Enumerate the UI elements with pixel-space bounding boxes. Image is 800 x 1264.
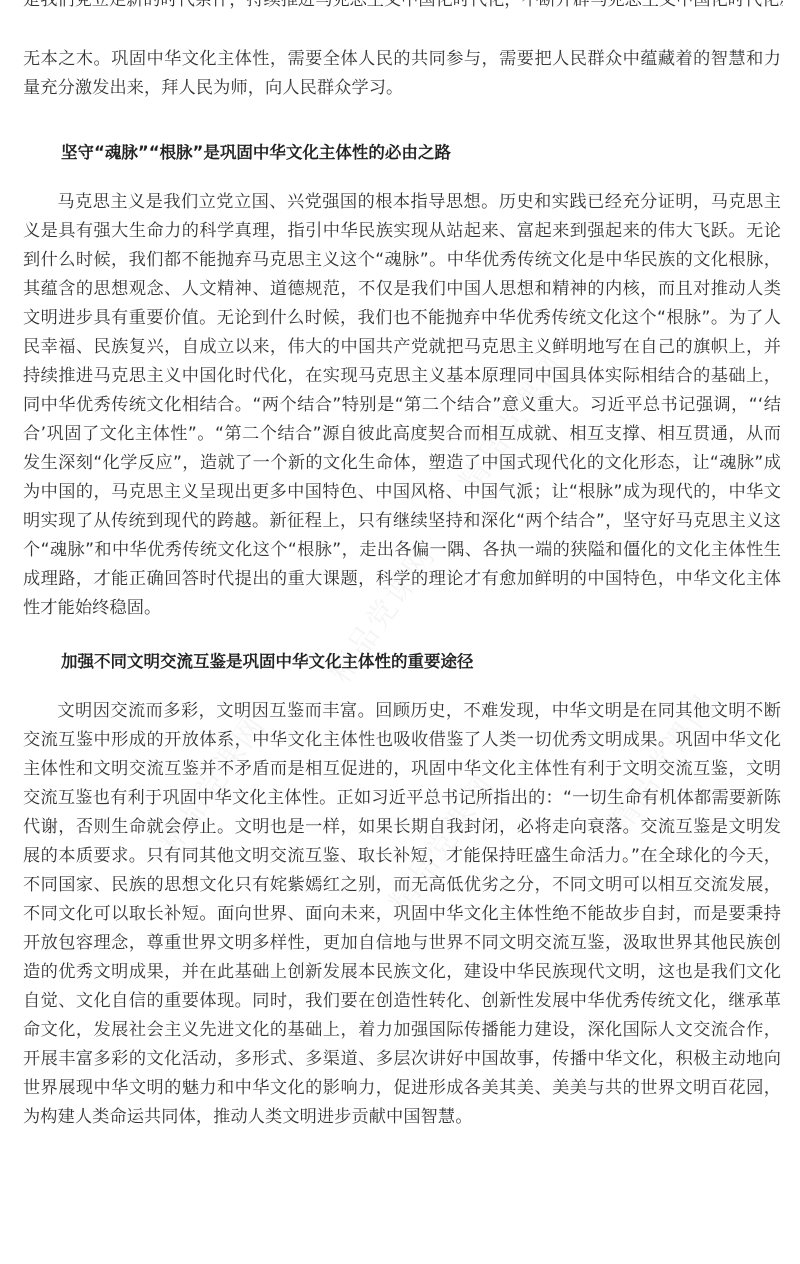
cutoff-text-line: 是我们党立足新的时代条件，持续推进马克思主义中国化时代化，不断开辟马克思主义中国… xyxy=(23,0,783,15)
article-body: 无本之木。巩固中华文化主体性，需要全体人民的共同参与，需要把人民群众中蕴藏着的智… xyxy=(23,45,781,1132)
intro-paragraph: 无本之木。巩固中华文化主体性，需要全体人民的共同参与，需要把人民群众中蕴藏着的智… xyxy=(23,45,781,103)
document-page: 是我们党立足新的时代条件，持续推进马克思主义中国化时代化，不断开辟马克思主义中国… xyxy=(0,0,800,1264)
section-paragraph: 马克思主义是我们立党立国、兴党强国的根本指导思想。历史和实践已经充分证明，马克思… xyxy=(23,188,781,623)
section-heading-soul-root: 坚守“魂脉”“根脉”是巩固中华文化主体性的必由之路 xyxy=(23,138,781,167)
section-paragraph: 文明因交流而多彩，文明因互鉴而丰富。回顾历史，不难发现，中华文明是在同其他文明不… xyxy=(23,697,781,1132)
section-heading-civilization-exchange: 加强不同文明交流互鉴是巩固中华文化主体性的重要途径 xyxy=(23,647,781,676)
